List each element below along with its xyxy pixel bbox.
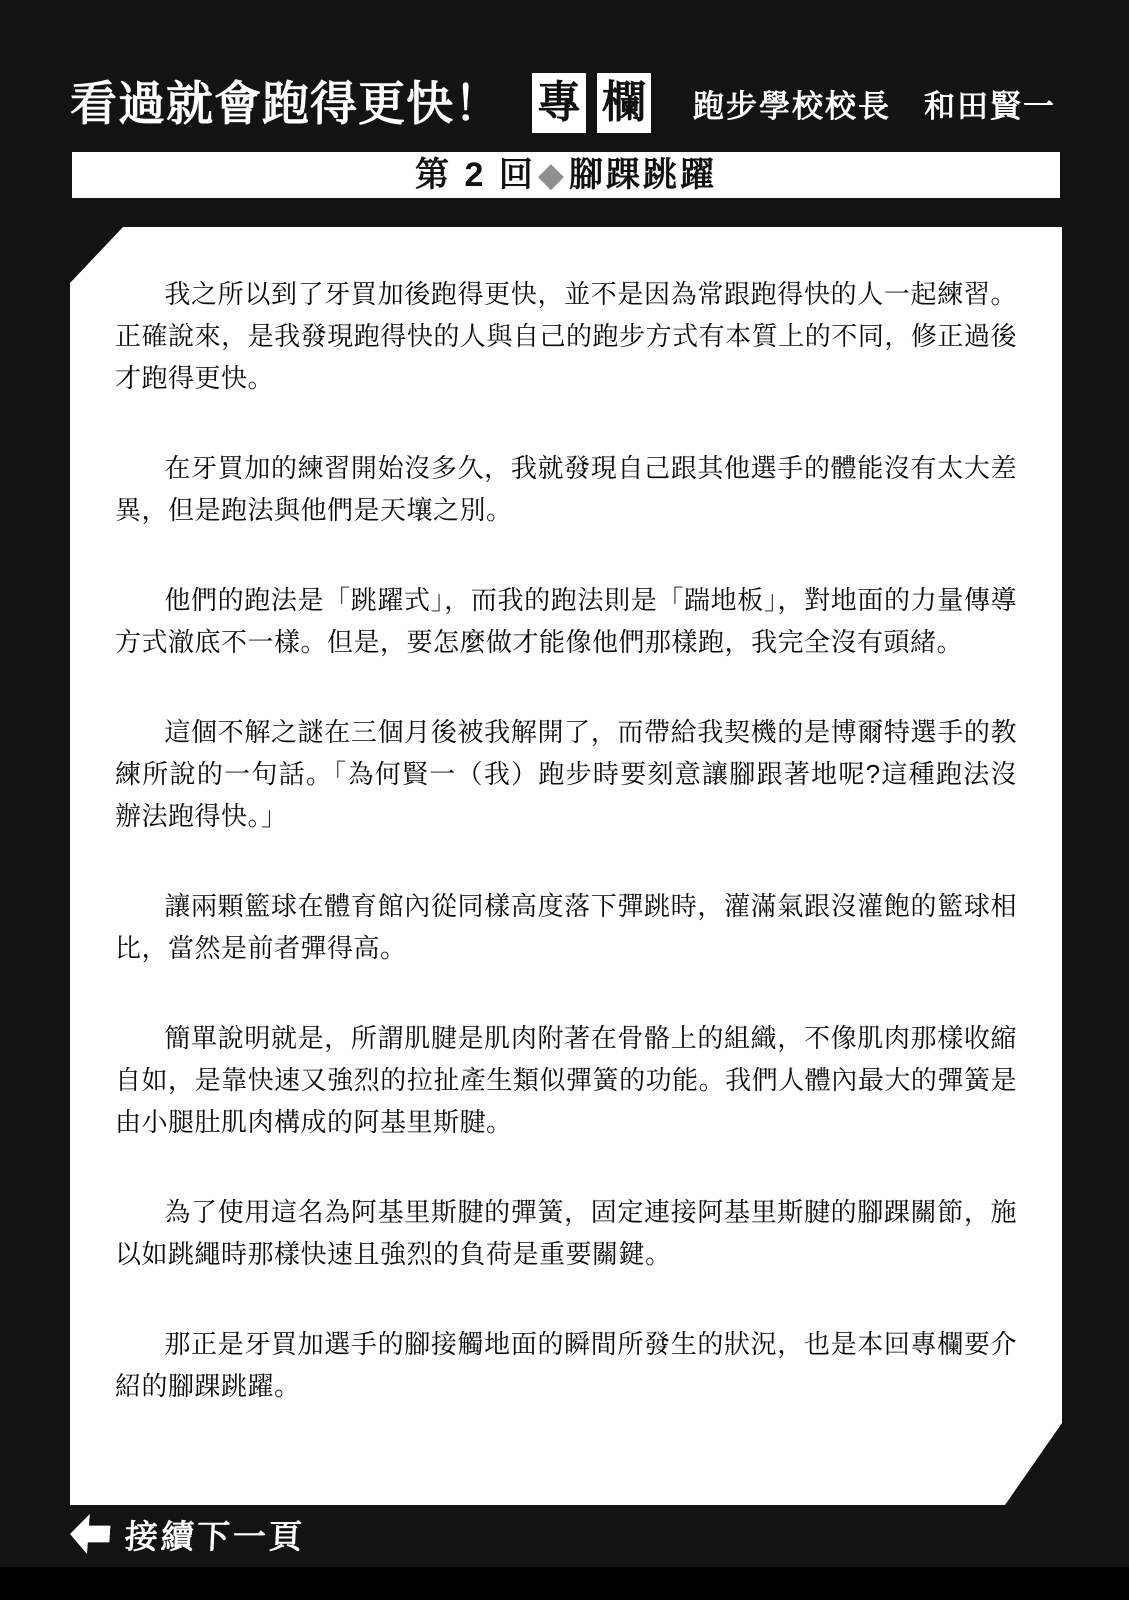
episode-number: 第 2 回 [415,158,536,192]
column-header: 看過就會跑得更快！ 專 欄 跑步學校校長 和田賢一 [70,62,1069,144]
episode-banner: 第 2 回◆腳踝跳躍 [72,152,1060,198]
paragraph-6: 簡單說明就是，所謂肌腱是肌肉附著在骨骼上的組織，不像肌肉那樣收縮自如，是靠快速又… [115,1017,1017,1143]
paragraph-3: 他們的跑法是「跳躍式」，而我的跑法則是「踹地板」，對地面的力量傳導方式澈底不一樣… [115,579,1017,663]
footer-continuation: 接續下一頁 [70,1506,305,1562]
badge-char-lan: 欄 [597,73,651,133]
bottom-black-strip [0,1567,1129,1600]
column-title: 看過就會跑得更快！ [70,80,502,127]
episode-topic: 腳踝跳躍 [569,158,717,192]
author-name: 跑步學校校長 和田賢一 [693,81,1056,126]
badge-char-zhuan: 專 [532,73,586,133]
article-panel: 我之所以到了牙買加後跑得更快，並不是因為常跟跑得快的人一起練習。正確說來，是我發… [70,227,1062,1505]
diamond-icon: ◆ [538,158,567,192]
paragraph-7: 為了使用這名為阿基里斯腱的彈簧，固定連接阿基里斯腱的腳踝關節，施以如跳繩時那樣快… [115,1191,1017,1275]
continuation-label: 接續下一頁 [124,1511,306,1558]
left-arrow-icon [69,1514,112,1554]
paragraph-1: 我之所以到了牙買加後跑得更快，並不是因為常跟跑得快的人一起練習。正確說來，是我發… [115,273,1017,399]
paragraph-4: 這個不解之謎在三個月後被我解開了，而帶給我契機的是博爾特選手的教練所說的一句話。… [115,711,1017,837]
column-badge: 專 欄 [532,73,651,133]
paragraph-8: 那正是牙買加選手的腳接觸地面的瞬間所發生的狀況，也是本回專欄要介紹的腳踝跳躍。 [115,1323,1017,1407]
page-background: 看過就會跑得更快！ 專 欄 跑步學校校長 和田賢一 第 2 回◆腳踝跳躍 我之所… [0,0,1129,1600]
paragraph-5: 讓兩顆籃球在體育館內從同樣高度落下彈跳時，灌滿氣跟沒灌飽的籃球相比，當然是前者彈… [115,885,1017,969]
paragraph-2: 在牙買加的練習開始沒多久，我就發現自己跟其他選手的體能沒有太大差異，但是跑法與他… [115,447,1017,531]
